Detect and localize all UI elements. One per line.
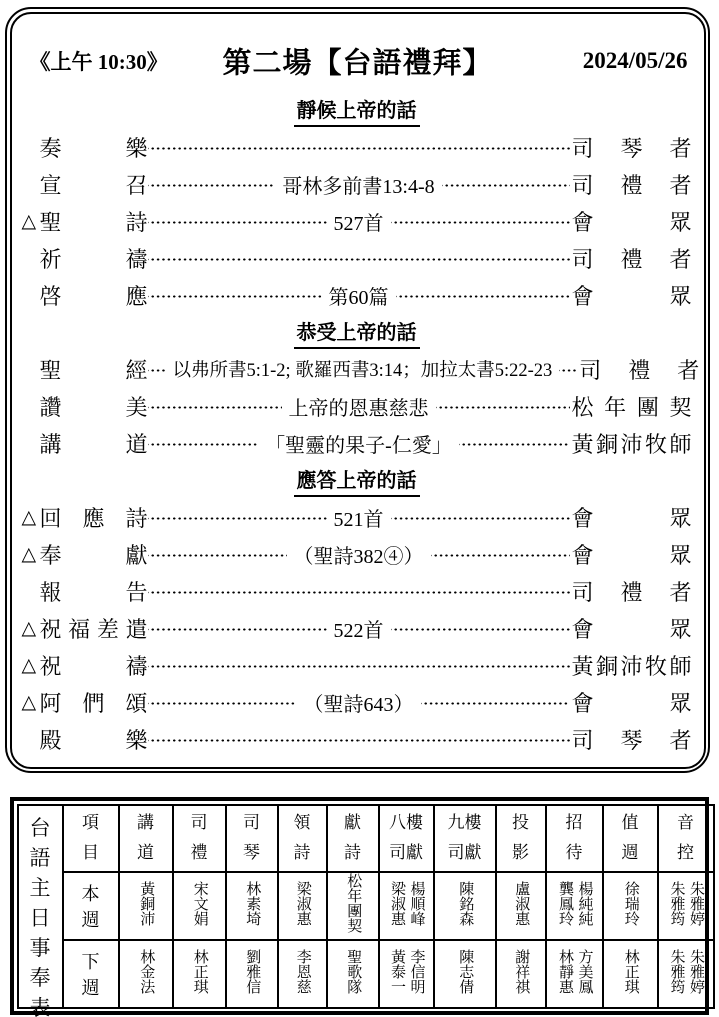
staff-name-cell: 盧淑惠: [496, 872, 546, 940]
program-item-label: 奉獻: [40, 539, 148, 570]
program-item-label: 祈禱: [40, 243, 148, 274]
program-item-detail: 以弗所書5:1-2; 歌羅西書3:14；加拉太書5:22-23: [166, 356, 560, 382]
staff-header-row: 台語主日事奉表 項 目 講 道 司 禮 司 琴 領 詩 獻 詩 八樓 司獻 九樓…: [18, 805, 714, 872]
staff-name: 松年團契: [343, 873, 363, 933]
program-item-party: 司琴者: [572, 132, 692, 163]
dotted-leader: [359, 647, 570, 684]
program-item-label: 聖詩: [40, 206, 148, 237]
program-item-label: 阿們頌: [40, 687, 148, 718]
staff-name-cell: 林金法: [119, 940, 173, 1008]
service-title: 第二場【台語禮拜】: [222, 40, 492, 81]
program-item-party: 松年團契: [572, 391, 692, 422]
program-item-label: 祝福差遣: [40, 613, 148, 644]
dotted-leader: [148, 240, 359, 277]
program-item-detail: 上帝的恩惠慈悲: [282, 392, 436, 421]
section-heading: 靜候上帝的話: [22, 92, 692, 129]
program-item-party: 會眾: [572, 502, 692, 533]
program-item-detail: 522首: [327, 614, 391, 643]
dotted-leader: [148, 351, 166, 388]
staff-name-cell: 謝祥祺: [496, 940, 546, 1008]
program-item-party: 會眾: [572, 613, 692, 644]
program-item-label: 啓應: [40, 280, 148, 311]
staff-name-cell: 黃銅沛: [119, 872, 173, 940]
staff-name-cell: 聖歌隊: [327, 940, 379, 1008]
program-item-detail: 「聖靈的果子-仁愛」: [258, 429, 459, 458]
staff-name-cell: 松年團契: [327, 872, 379, 940]
program-row: △ 聖詩 527首 會眾: [22, 203, 692, 240]
staff-name: 方美鳳 林靜惠: [555, 949, 594, 994]
stand-triangle: △: [22, 654, 40, 677]
dotted-leader: [421, 684, 570, 721]
section-heading-text: 靜候上帝的話: [294, 94, 420, 127]
staff-name: 李恩慈: [292, 949, 312, 994]
section-heading-text: 應答上帝的話: [294, 464, 420, 497]
dotted-leader: [391, 203, 570, 240]
column-header: 領 詩: [278, 805, 327, 872]
staff-name-cell: 李恩慈: [278, 940, 327, 1008]
program-row: △ 阿們頌 （聖詩643） 會眾: [22, 684, 692, 721]
staff-name-cell: 林素埼: [226, 872, 278, 940]
staff-name-cell: 宋文娟: [173, 872, 226, 940]
program-item-detail: 第60篇: [322, 281, 396, 310]
section-heading: 恭受上帝的話: [22, 314, 692, 351]
program-item-party: 黃銅沛牧師: [572, 650, 692, 681]
staff-table-frame: 台語主日事奉表 項 目 講 道 司 禮 司 琴 領 詩 獻 詩 八樓 司獻 九樓…: [10, 797, 709, 1015]
staff-name: 朱雅婷 朱雅筠: [666, 949, 705, 994]
staff-name: 謝祥祺: [511, 949, 531, 994]
program-item-party: 司禮者: [579, 354, 699, 385]
dotted-leader: [148, 684, 297, 721]
stand-triangle: △: [22, 617, 40, 640]
program-row: 報告 司禮者: [22, 573, 692, 610]
column-header: 九樓 司獻: [434, 805, 496, 872]
program-row: 講道 「聖靈的果子-仁愛」 黃銅沛牧師: [22, 425, 692, 462]
staff-row-next-week: 下週 林金法 林正琪 劉雅信 李恩慈 聖歌隊 李信明 黃泰一 陳志倩 謝祥祺 方…: [18, 940, 714, 1008]
dotted-leader: [148, 573, 359, 610]
program-item-label: 殿樂: [40, 724, 148, 755]
dotted-leader: [148, 203, 327, 240]
program-row: △ 祝禱 黃銅沛牧師: [22, 647, 692, 684]
staff-name-cell: 楊純純 龔鳳玲: [546, 872, 603, 940]
staff-table-title: 台語主日事奉表: [20, 812, 61, 1000]
program-item-party: 司禮者: [572, 576, 692, 607]
program-box-inner-border: 《上午 10:30》 第二場【台語禮拜】 2024/05/26 靜候上帝的話 奏…: [10, 12, 706, 769]
row-label-cell: 下週: [63, 940, 119, 1008]
row-label: 下週: [65, 948, 117, 1000]
staff-name-cell: 朱雅婷 朱雅筠: [658, 940, 714, 1008]
staff-name-cell: 李信明 黃泰一: [379, 940, 434, 1008]
program-item-party: 會眾: [572, 206, 692, 237]
program-item-label: 回應詩: [40, 502, 148, 533]
dotted-leader: [148, 166, 276, 203]
program-item-party: 會眾: [572, 280, 692, 311]
column-header: 項 目: [63, 805, 119, 872]
staff-name: 朱雅婷 朱雅筠: [666, 881, 705, 926]
staff-name-cell: 楊順峰 梁淑惠: [379, 872, 434, 940]
dotted-leader: [431, 536, 570, 573]
program-item-detail: 527首: [327, 207, 391, 236]
staff-name: 林正琪: [620, 949, 640, 994]
program-row: 宣召 哥林多前書13:4-8 司禮者: [22, 166, 692, 203]
dotted-leader: [148, 277, 322, 314]
program-row: △ 祝福差遣 522首 會眾: [22, 610, 692, 647]
program-item-party: 司琴者: [572, 724, 692, 755]
program-item-label: 講道: [40, 428, 148, 459]
program-row: △ 奉獻 （聖詩382④） 會眾: [22, 536, 692, 573]
dotted-leader: [359, 129, 570, 166]
column-header: 投 影: [496, 805, 546, 872]
staff-name: 陳志倩: [455, 949, 475, 994]
program-header: 《上午 10:30》 第二場【台語禮拜】 2024/05/26: [12, 30, 704, 92]
program-row: 啓應 第60篇 會眾: [22, 277, 692, 314]
stand-triangle: △: [22, 210, 40, 233]
program-item-detail: 521首: [327, 503, 391, 532]
dotted-leader: [436, 388, 570, 425]
staff-name: 梁淑惠: [292, 881, 312, 926]
staff-name: 聖歌隊: [343, 949, 363, 994]
column-header: 音 控: [658, 805, 714, 872]
program-item-party: 司禮者: [572, 169, 692, 200]
dotted-leader: [148, 721, 359, 758]
dotted-leader: [396, 277, 570, 314]
dotted-leader: [391, 610, 570, 647]
program-item-party: 會眾: [572, 687, 692, 718]
column-header: 講 道: [119, 805, 173, 872]
staff-name: 林正琪: [189, 949, 209, 994]
staff-name-cell: 林正琪: [603, 940, 658, 1008]
staff-name-cell: 劉雅信: [226, 940, 278, 1008]
dotted-leader: [359, 240, 570, 277]
staff-name: 黃銅沛: [136, 881, 156, 926]
program-body: 靜候上帝的話 奏樂 司琴者 宣召 哥林多前書13:4-8 司禮者 △ 聖詩 52…: [12, 92, 704, 758]
program-item-detail: （聖詩382④）: [287, 540, 431, 569]
dotted-leader: [459, 425, 570, 462]
staff-name: 林素埼: [242, 881, 262, 926]
staff-name: 楊順峰 梁淑惠: [387, 881, 426, 926]
stand-triangle: △: [22, 506, 40, 529]
staff-table-title-cell: 台語主日事奉表: [18, 805, 63, 1008]
column-header: 值 週: [603, 805, 658, 872]
staff-name-cell: 陳銘森: [434, 872, 496, 940]
staff-name-cell: 徐瑞玲: [603, 872, 658, 940]
row-label: 本週: [65, 880, 117, 932]
program-item-party: 司禮者: [572, 243, 692, 274]
program-row: 聖經 以弗所書5:1-2; 歌羅西書3:14；加拉太書5:22-23 司禮者: [22, 351, 692, 388]
staff-name-cell: 朱雅婷 朱雅筠: [658, 872, 714, 940]
staff-table: 台語主日事奉表 項 目 講 道 司 禮 司 琴 領 詩 獻 詩 八樓 司獻 九樓…: [17, 804, 715, 1009]
program-item-label: 報告: [40, 576, 148, 607]
dotted-leader: [148, 425, 259, 462]
program-item-label: 讚美: [40, 391, 148, 422]
program-row: 祈禱 司禮者: [22, 240, 692, 277]
program-item-label: 聖經: [40, 354, 148, 385]
dotted-leader: [391, 499, 570, 536]
program-item-party: 黃銅沛牧師: [572, 428, 692, 459]
section-heading: 應答上帝的話: [22, 462, 692, 499]
service-date: 2024/05/26: [583, 48, 688, 74]
program-row: 讚美 上帝的恩惠慈悲 松年團契: [22, 388, 692, 425]
staff-name-cell: 陳志倩: [434, 940, 496, 1008]
program-item-party: 會眾: [572, 539, 692, 570]
stand-triangle: △: [22, 691, 40, 714]
program-item-detail: 哥林多前書13:4-8: [275, 170, 441, 199]
program-item-label: 祝禱: [40, 650, 148, 681]
dotted-leader: [148, 129, 359, 166]
dotted-leader: [442, 166, 570, 203]
dotted-leader: [359, 573, 570, 610]
program-row: 奏樂 司琴者: [22, 129, 692, 166]
staff-name: 陳銘森: [455, 881, 475, 926]
staff-name: 林金法: [136, 949, 156, 994]
staff-name-cell: 林正琪: [173, 940, 226, 1008]
program-item-label: 奏樂: [40, 132, 148, 163]
program-row: 殿樂 司琴者: [22, 721, 692, 758]
staff-name: 劉雅信: [242, 949, 262, 994]
column-header: 司 禮: [173, 805, 226, 872]
dotted-leader: [148, 610, 327, 647]
stand-triangle: △: [22, 543, 40, 566]
dotted-leader: [148, 536, 287, 573]
column-header: 八樓 司獻: [379, 805, 434, 872]
dotted-leader: [148, 499, 327, 536]
section-heading-text: 恭受上帝的話: [294, 316, 420, 349]
column-header: 司 琴: [226, 805, 278, 872]
program-row: △ 回應詩 521首 會眾: [22, 499, 692, 536]
dotted-leader: [148, 388, 282, 425]
staff-name-cell: 梁淑惠: [278, 872, 327, 940]
staff-name: 李信明 黃泰一: [387, 949, 426, 994]
column-header: 招 待: [546, 805, 603, 872]
bulletin-page: { "header": { "time": "《上午 10:30》", "tit…: [0, 0, 719, 1017]
row-label-cell: 本週: [63, 872, 119, 940]
program-item-detail: （聖詩643）: [297, 688, 421, 717]
dotted-leader: [148, 647, 359, 684]
staff-row-this-week: 本週 黃銅沛 宋文娟 林素埼 梁淑惠 松年團契 楊順峰 梁淑惠 陳銘森 盧淑惠 …: [18, 872, 714, 940]
service-time: 《上午 10:30》: [30, 46, 168, 76]
staff-name: 宋文娟: [189, 881, 209, 926]
dotted-leader: [559, 351, 577, 388]
program-item-label: 宣召: [40, 169, 148, 200]
staff-name: 盧淑惠: [511, 881, 531, 926]
program-box: 《上午 10:30》 第二場【台語禮拜】 2024/05/26 靜候上帝的話 奏…: [5, 7, 710, 773]
dotted-leader: [359, 721, 570, 758]
column-header: 獻 詩: [327, 805, 379, 872]
staff-name: 楊純純 龔鳳玲: [555, 881, 594, 926]
staff-name-cell: 方美鳳 林靜惠: [546, 940, 603, 1008]
staff-name: 徐瑞玲: [620, 881, 640, 926]
